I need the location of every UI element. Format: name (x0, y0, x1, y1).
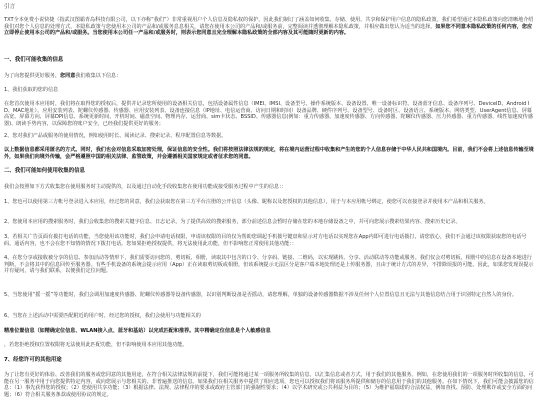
section-2-heading: 二、我们可能如何使用收集的信息 (4, 168, 536, 175)
section-1-intro-bold: 您同意 (60, 73, 75, 79)
item-1-body: 在您首次使用本应用时，我们将在取得您的授权后，提供并记录您所使用的设备相关信息，… (4, 101, 536, 127)
section-1-intro: 为了向您提供更好服务，您同意我们收集以下信息： (4, 73, 536, 80)
section-2-item-5: 5、当您使用“摇一摇”等功能时，我们会调用加速度传感器、陀螺仪传感器等设备传感器… (4, 292, 536, 299)
data-storage-bold-paragraph: 以上数据信息都采用匿名的方式。同时，我们也会对信息采取加密处理，保证信息的安全性… (4, 147, 536, 160)
section-7-heading: 7、经您许可的其他用途 (4, 357, 536, 364)
location-info-bold: 精准位置信息（如精确定位信息、WLAN接入点、蓝牙和基站）以完成匹配和推荐。其中… (4, 328, 536, 335)
page-title: 引言 (4, 4, 536, 11)
privacy-policy-page: 引言 TXT全本免费小说快捷（指武汉图霸青岛科技有限公司，以下亦称“我们”）非常… (0, 0, 540, 405)
intro-paragraph: TXT全本免费小说快捷（指武汉图霸青岛科技有限公司，以下亦称“我们”）非常重视用… (4, 17, 536, 37)
item-2: 2、您对我们产品或服务的使用情况，例如使用时长、阅读记录、搜索记录、程序配置信息… (4, 133, 536, 140)
section-1-intro-rest: 我们收集以下信息： (75, 73, 121, 79)
section-2-item-6: 6、当您在上述活动中需要匹配附近的用户时，经过您的授权，我们会使用与功能相关的 (4, 313, 536, 320)
item-1-title: 1、我们获取的您的信息 (4, 87, 536, 94)
section-2-item-1: 1、您也可以使用第三方帐号登录进入本应用，经过您的同意，我们会获取您在第三方平台… (4, 199, 536, 206)
location-bold-text: 精准位置信息（如精确定位信息、WLAN接入点、蓝牙和基站）以完成匹配和推荐。其中… (4, 328, 271, 334)
section-2-item-2: 2、您使用本应用的搜索服务时，我们会收集您的搜索关键字信息、日志记录。为了提供高… (4, 219, 536, 226)
section-2-item-3: 3、若相关广告页面有拨打电话的功能，当您使用该功能时，我们会申请电话权限，申请该… (4, 234, 536, 247)
section-2-item-4: 4、在您分享或接收被分享的信息、参加活动等情形下，我们需要访问您的，剪切板、相册… (4, 255, 536, 275)
section-2-intro: 我们会按照如下方式收集您在使用服务时主动提供的，以及通过自动化手段收集您在使用功… (4, 184, 536, 191)
section-7-body: 为了让您有更好的体验、改善我们的服务或您同意的其他用途，在符合相关法律法规的前提… (4, 372, 536, 398)
section-1-intro-text: 为了向您提供更好服务， (4, 73, 60, 79)
location-info-tail: ，若您拒绝授权位置权限将无法使用此匹配功能，但不影响使用本应用其他功能。 (4, 342, 536, 349)
section-1-heading: 一、我们可能收集的信息 (4, 57, 536, 64)
